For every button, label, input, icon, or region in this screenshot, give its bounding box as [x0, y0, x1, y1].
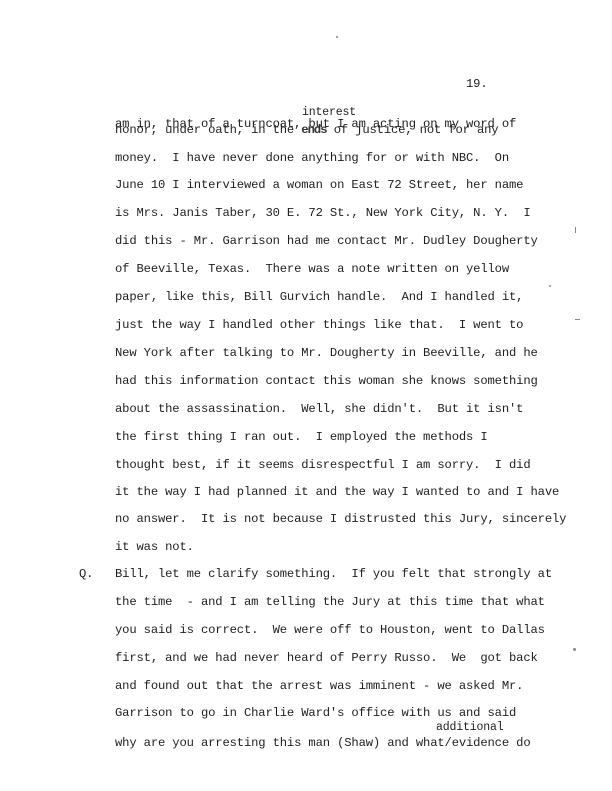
text-line: had this information contact this woman …: [115, 374, 538, 388]
scan-speck: [573, 648, 576, 651]
handwritten-insert: additional: [436, 721, 504, 734]
question-line: why are you arresting this man (Shaw) an…: [115, 736, 531, 750]
text-line: is Mrs. Janis Taber, 30 E. 72 St., New Y…: [115, 206, 531, 220]
page-number: 19.: [466, 77, 488, 91]
scan-speck: [575, 227, 576, 233]
speaker-label: Q.: [79, 567, 93, 581]
text-line: June 10 I interviewed a woman on East 72…: [115, 178, 523, 192]
question-line: and found out that the arrest was immine…: [115, 679, 523, 693]
question-line: you said is correct. We were off to Hous…: [115, 623, 545, 637]
document-page: 19. am in, that of a turncoat, but I am …: [0, 0, 612, 791]
handwritten-insert: interest: [302, 106, 356, 119]
text-segment: of justice, not for any: [327, 123, 499, 137]
text-line: paper, like this, Bill Gurvich handle. A…: [115, 290, 523, 304]
text-line: just the way I handled other things like…: [115, 318, 523, 332]
text-line: it was not.: [115, 540, 194, 554]
text-segment: honor, under oath, in the: [115, 123, 301, 137]
text-line: about the assassination. Well, she didn'…: [115, 402, 523, 416]
struck-word: ends: [301, 123, 326, 137]
scan-speck: [549, 285, 551, 287]
scan-speck: [336, 36, 338, 38]
text-line: of Beeville, Texas. There was a note wri…: [115, 262, 509, 276]
text-line: honor, under oath, in the ends of justic…: [115, 123, 498, 137]
text-line: it the way I had planned it and the way …: [115, 485, 559, 499]
text-line: money. I have never done anything for or…: [115, 151, 509, 165]
text-line: thought best, if it seems disrespectful …: [115, 458, 531, 472]
text-line: no answer. It is not because I distruste…: [115, 512, 566, 526]
scan-speck: [575, 319, 580, 320]
question-line: Bill, let me clarify something. If you f…: [115, 567, 552, 581]
text-line: the first thing I ran out. I employed th…: [115, 430, 488, 444]
question-line: first, and we had never heard of Perry R…: [115, 651, 538, 665]
question-line: Garrison to go in Charlie Ward's office …: [115, 706, 516, 720]
question-line: the time - and I am telling the Jury at …: [115, 595, 545, 609]
text-line: did this - Mr. Garrison had me contact M…: [115, 234, 538, 248]
text-line: New York after talking to Mr. Dougherty …: [115, 346, 538, 360]
